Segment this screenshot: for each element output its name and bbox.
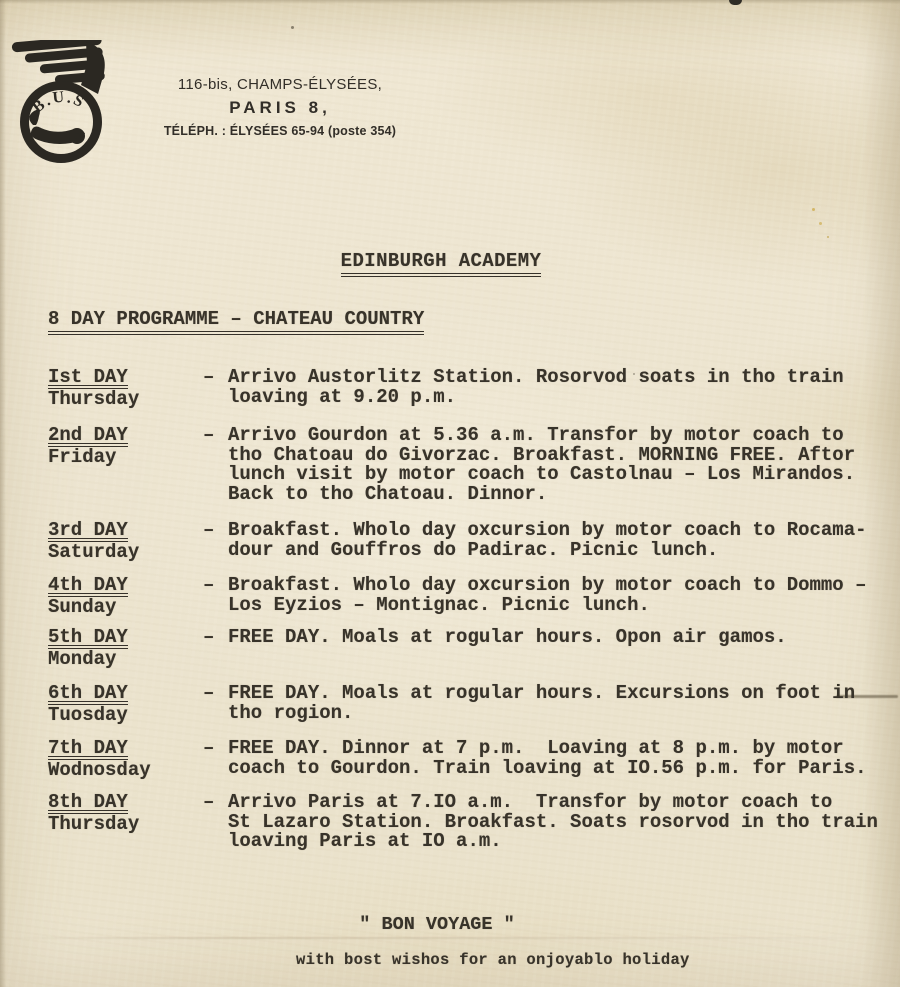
day-description: FREE DAY. Dinnor at 7 p.m. Loaving at 8 …: [228, 739, 900, 778]
closing-wishes: with bost wishos for an onjoyablo holida…: [296, 951, 690, 969]
itinerary-dash: –: [203, 739, 214, 759]
day-weekday: Sunday: [48, 598, 213, 618]
day-description: Arrivo Gourdon at 5.36 a.m. Transfor by …: [228, 426, 900, 504]
itinerary-dash: –: [203, 793, 214, 813]
day-label: 7th DAY Wodnosday: [48, 739, 213, 781]
day-description: Arrivo Paris at 7.IO a.m. Transfor by mo…: [228, 793, 900, 852]
day-weekday: Thursday: [48, 815, 213, 835]
day-description: FREE DAY. Moals at rogular hours. Opon a…: [228, 628, 900, 648]
day-label: 8th DAY Thursday: [48, 793, 213, 835]
itinerary-dash: –: [203, 426, 214, 446]
bon-voyage-slogan: " BON VOYAGE ": [0, 914, 874, 935]
day-description: FREE DAY. Moals at rogular hours. Excurs…: [228, 684, 900, 723]
day-description: Broakfast. Wholo day oxcursion by motor …: [228, 576, 900, 615]
day-ordinal: 2nd DAY: [48, 427, 128, 447]
itinerary-dash: –: [203, 628, 214, 648]
day-ordinal: 4th DAY: [48, 577, 128, 597]
day-label: 6th DAY Tuosday: [48, 684, 213, 726]
day-weekday: Monday: [48, 650, 213, 670]
day-weekday: Thursday: [48, 390, 213, 410]
day-label: 2nd DAY Friday: [48, 426, 213, 468]
itinerary-dash: –: [203, 684, 214, 704]
itinerary-dash: –: [203, 368, 214, 388]
bon-voyage-text: " BON VOYAGE ": [359, 914, 514, 935]
day-ordinal: Ist DAY: [48, 369, 128, 389]
day-ordinal: 5th DAY: [48, 629, 128, 649]
day-ordinal: 3rd DAY: [48, 522, 128, 542]
itinerary-dash: –: [203, 521, 214, 541]
scanned-itinerary-document: B.U.S 116-bis, CHAMPS-ÉLYSÉES, PARIS 8, …: [0, 0, 900, 987]
itinerary-list: Ist DAY Thursday – Arrivo Austorlitz Sta…: [0, 0, 900, 987]
day-label: 5th DAY Monday: [48, 628, 213, 670]
day-weekday: Wodnosday: [48, 761, 213, 781]
day-description: Broakfast. Wholo day oxcursion by motor …: [228, 521, 900, 560]
day-ordinal: 8th DAY: [48, 794, 128, 814]
day-description: Arrivo Austorlitz Station. Rosorvod soat…: [228, 368, 900, 407]
day-weekday: Tuosday: [48, 706, 213, 726]
day-weekday: Saturday: [48, 543, 213, 563]
day-label: 3rd DAY Saturday: [48, 521, 213, 563]
day-weekday: Friday: [48, 448, 213, 468]
itinerary-dash: –: [203, 576, 214, 596]
day-label: 4th DAY Sunday: [48, 576, 213, 618]
day-ordinal: 6th DAY: [48, 685, 128, 705]
day-label: Ist DAY Thursday: [48, 368, 213, 410]
day-ordinal: 7th DAY: [48, 740, 128, 760]
